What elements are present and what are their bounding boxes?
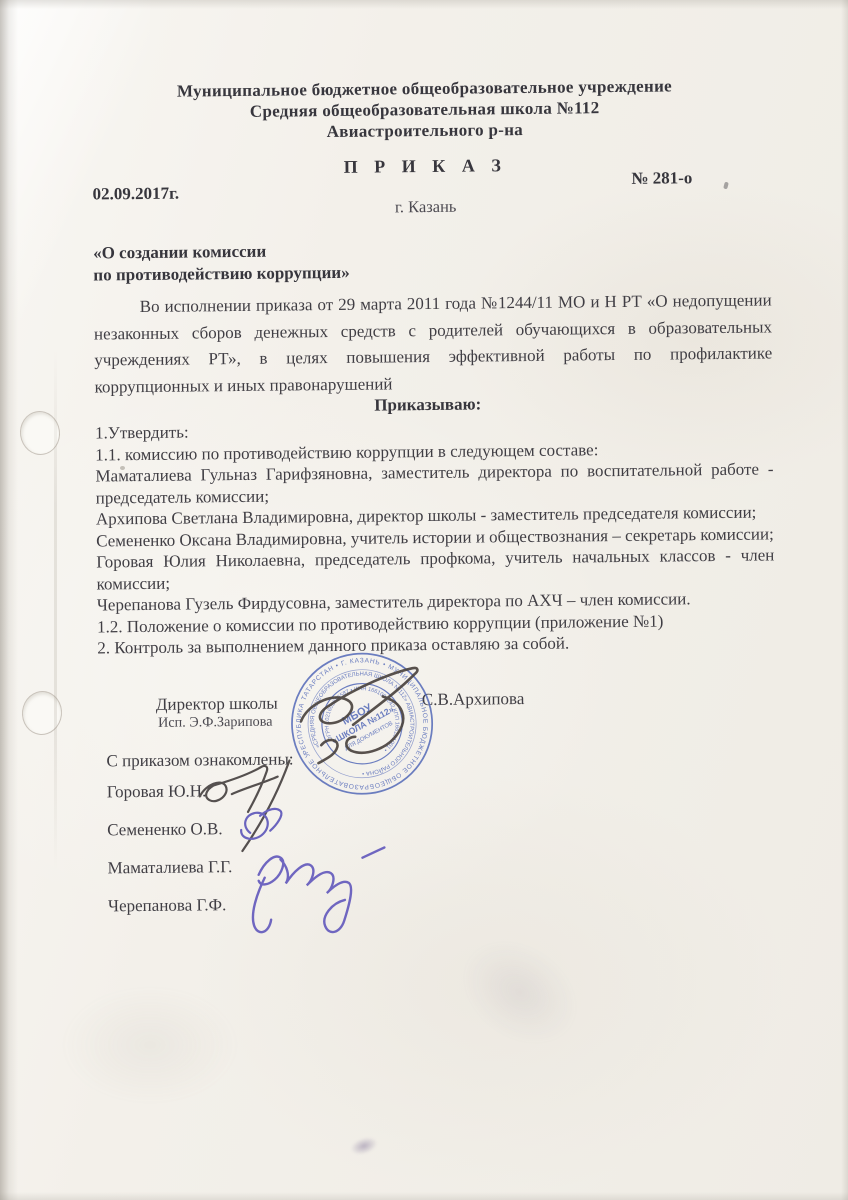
scanned-order-page: Муниципальное бюджетное общеобразователь…	[0, 0, 848, 1200]
order-items: 1.Утвердить:1.1. комиссию по противодейс…	[95, 415, 775, 659]
order-item: Горовая Юлия Николаевна, председатель пр…	[96, 544, 774, 594]
scan-edge-left	[0, 0, 18, 1200]
document-subject: «О создании комиссии по противодействию …	[93, 240, 350, 286]
executor-label: Исп. Э.Ф.Зарипова	[158, 714, 273, 732]
scan-edge-right	[841, 0, 848, 1200]
order-item: Маматалиева Гульназ Гарифзяновна, замест…	[95, 458, 773, 508]
document-number: № 281-о	[631, 168, 692, 189]
semenenko-signature	[241, 809, 282, 839]
preamble-paragraph: Во исполнении приказа от 29 марта 2011 г…	[94, 287, 773, 400]
organization-header: Муниципальное бюджетное общеобразователь…	[54, 74, 795, 145]
paper-stain	[60, 985, 240, 1105]
scan-edge-top	[0, 0, 848, 9]
mamatalieva-signature-dash	[362, 847, 384, 857]
scan-edge-bottom	[0, 1192, 848, 1200]
mamatalieva-signature	[252, 847, 385, 932]
paper-crease	[54, 350, 57, 870]
director-position-label: Директор школы	[156, 694, 278, 715]
subject-line2: по противодействию коррупции»	[93, 261, 349, 285]
acknowledgment-signatures	[171, 752, 403, 949]
scan-speck-small	[120, 466, 125, 470]
subject-line1: «О создании комиссии	[93, 240, 349, 264]
